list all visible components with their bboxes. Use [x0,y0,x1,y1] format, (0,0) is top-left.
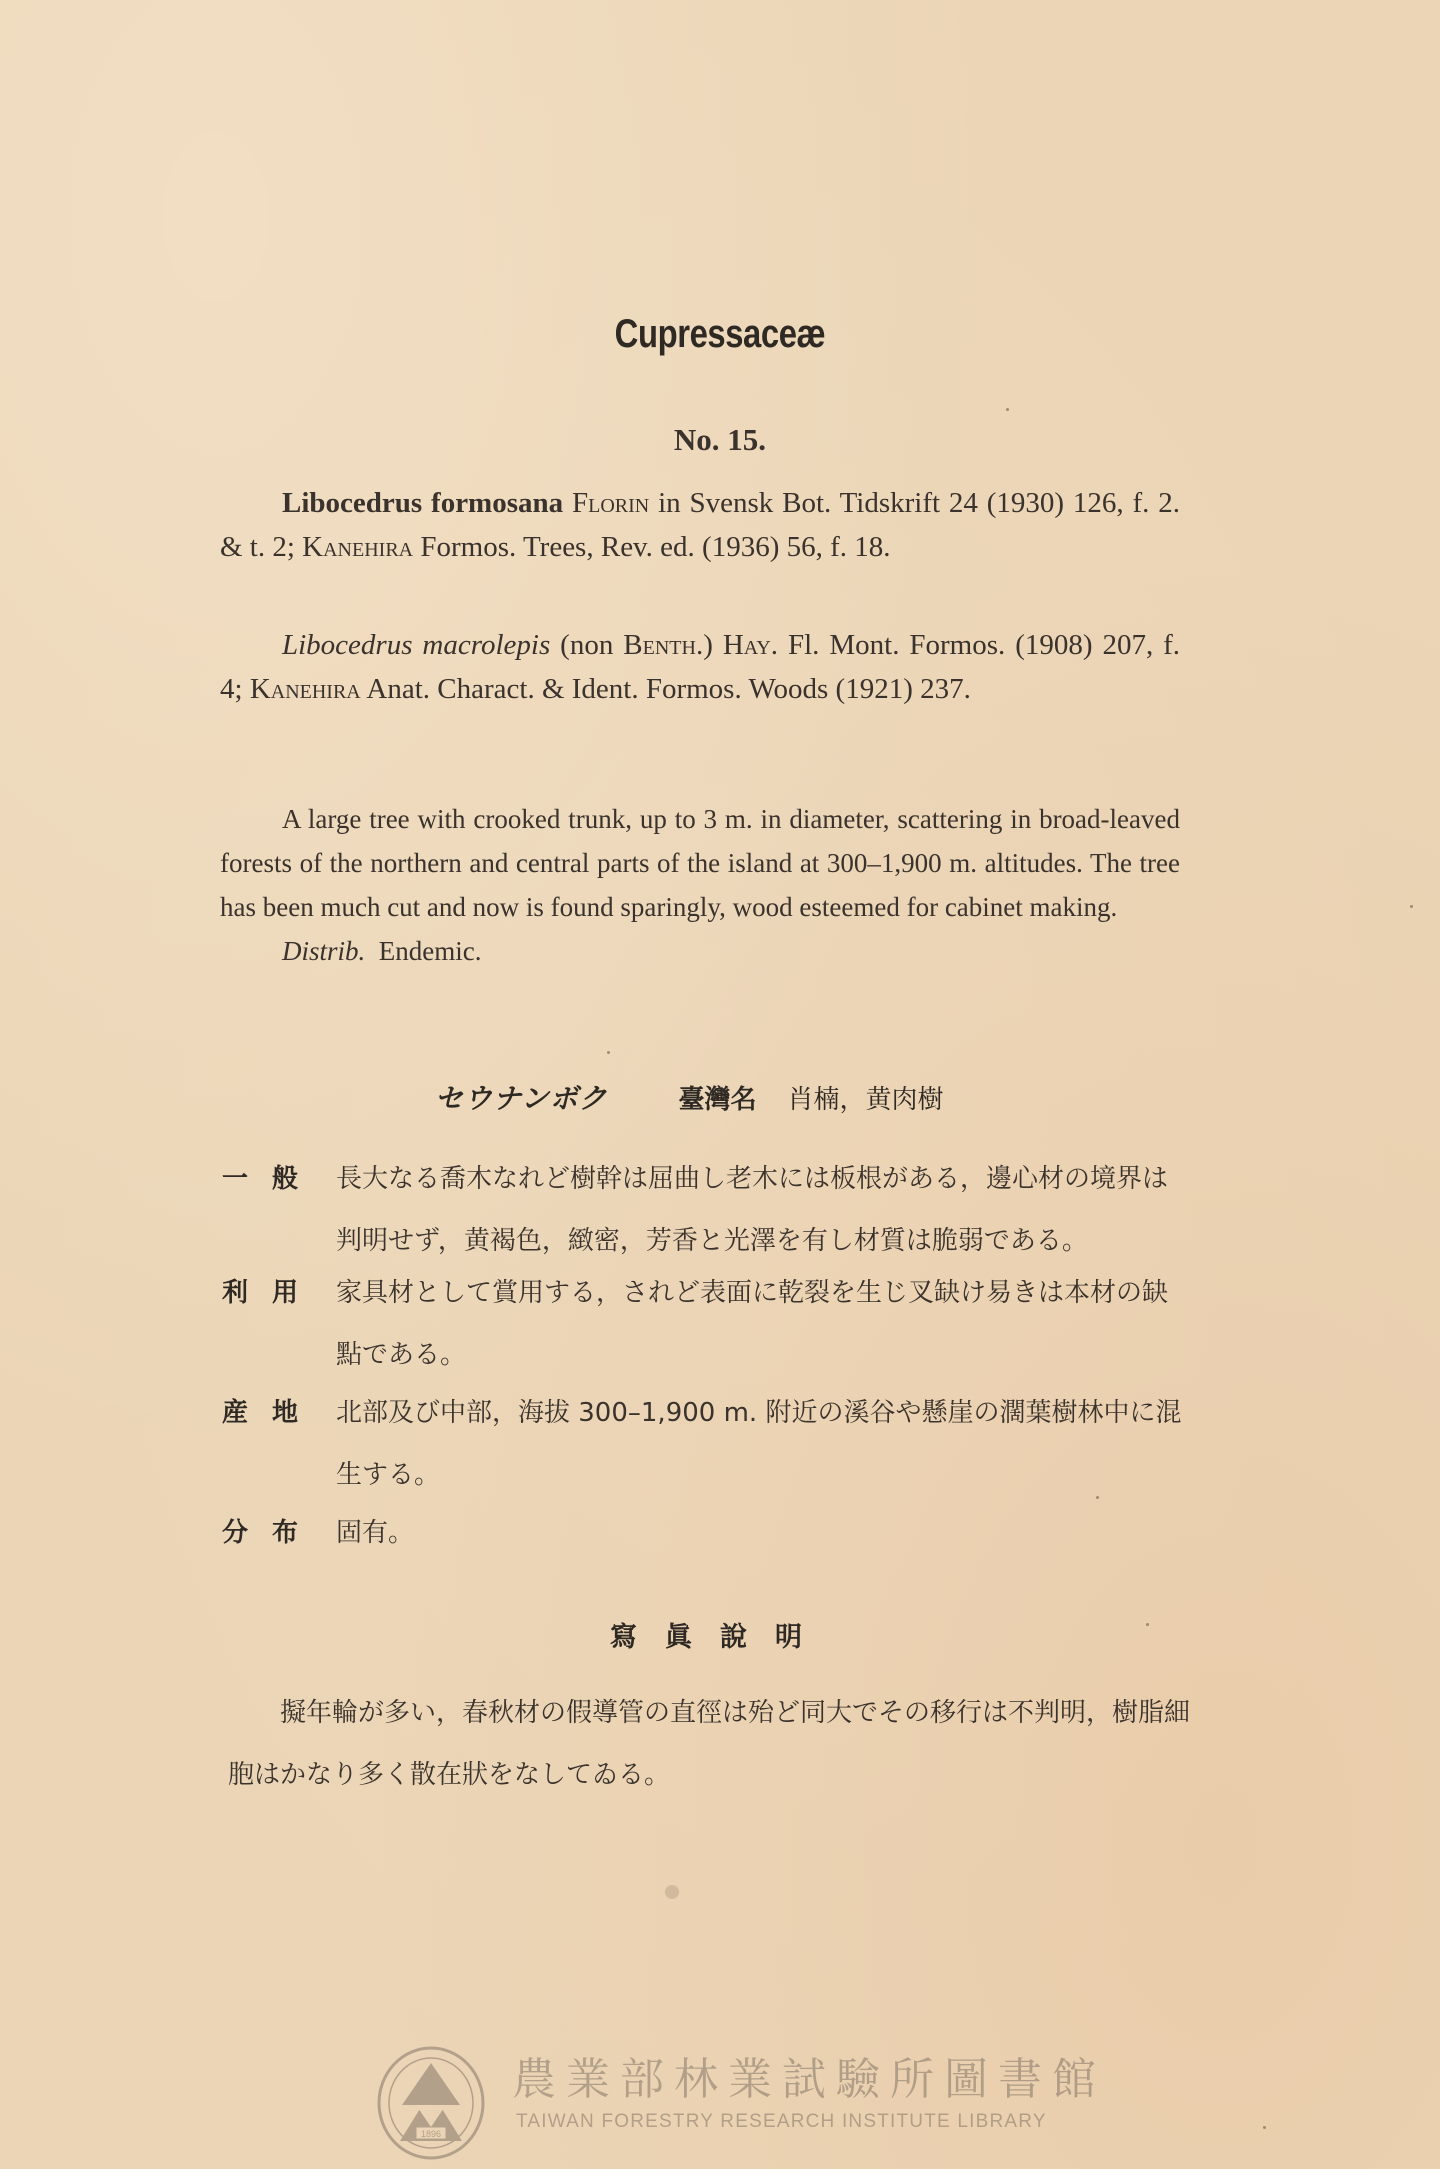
accepted-name: Libocedrus formosana [282,487,563,519]
institute-logo-icon: 1896 [372,2043,490,2163]
citation-text: Anat. Charact. & Ident. Formos. Woods (1… [366,673,970,705]
synonym-citation: Libocedrus macrolepis (non Benth.) Hay. … [220,623,1180,711]
distrib-value: Endemic. [379,936,482,966]
author-kanehira: Kanehira [302,531,413,563]
synonym-name: Libocedrus macrolepis [282,629,550,661]
photo-explanation-text: 擬年輪が多い，春秋材の假導管の直徑は殆ど同大でその移行は不判明，樹脂細胞はかなり… [228,1682,1193,1806]
family-title: Cupressaceæ [130,312,1311,357]
section-locality: 産地 北部及び中部，海拔 300–1,900 m. 附近の溪谷や懸崖の濶葉樹林中… [222,1382,1192,1506]
description-paragraph: A large tree with crooked trunk, up to 3… [220,797,1180,929]
paper-speck [1096,1496,1099,1499]
non-prefix: (non [560,629,613,661]
library-watermark: 1896 農業部林業試驗所圖書館 TAIWAN FORESTRY RESEARC… [372,2043,1092,2163]
watermark-english: TAIWAN FORESTRY RESEARCH INSTITUTE LIBRA… [516,2111,1047,2133]
section-label: 一般 [222,1148,336,1210]
japanese-heading: セウナンボク 臺灣名 肖楠，黄肉樹 [435,1077,943,1117]
japanese-common-name: セウナンボク [435,1082,608,1115]
paper-speck [1410,905,1413,908]
author-kanehira: Kanehira [250,673,361,705]
svg-text:1896: 1896 [421,2129,441,2139]
section-label: 産地 [222,1382,336,1444]
english-description: A large tree with crooked trunk, up to 3… [220,797,1180,973]
species-number: No. 15. [0,422,1440,458]
paper-speck [665,1885,679,1899]
paper-speck [1263,2126,1266,2129]
section-text: 北部及び中部，海拔 300–1,900 m. 附近の溪谷や懸崖の濶葉樹林中に混生… [336,1382,1192,1506]
paper-speck [1146,1623,1149,1626]
section-text: 固有。 [336,1502,1192,1564]
taiwan-names: 肖楠，黄肉樹 [787,1085,943,1115]
author-hayata: Hay. [723,629,778,661]
section-label: 利用 [222,1262,336,1324]
section-distribution: 分布 固有。 [222,1502,1192,1564]
paper-speck [607,1051,610,1054]
paper-speck [1006,408,1009,411]
non-suffix: ) [703,629,713,661]
section-label: 分布 [222,1502,336,1564]
taiwan-name-label: 臺灣名 [679,1085,757,1115]
distrib-label: Distrib. [282,936,365,966]
citation-text: Formos. Trees, Rev. ed. (1936) 56, f. 18… [420,531,890,563]
accepted-name-citation: Libocedrus formosana Florin in Svensk Bo… [220,481,1180,569]
author-florin: Florin [572,487,649,519]
distribution-line: Distrib. Endemic. [220,929,1180,973]
photo-explanation-heading: 寫眞說明 [0,1615,1440,1654]
section-text: 長大なる喬木なれど樹幹は屈曲し老木には板根がある，邊心材の境界は判明せず，黄褐色… [336,1148,1192,1272]
section-text: 家具材として賞用する，されど表面に乾裂を生じ叉缺け易きは本材の缺點である。 [336,1262,1192,1386]
document-page: Cupressaceæ No. 15. Libocedrus formosana… [0,0,1440,2169]
watermark-chinese: 農業部林業試驗所圖書館 [512,2043,1106,2107]
section-general: 一般 長大なる喬木なれど樹幹は屈曲し老木には板根がある，邊心材の境界は判明せず，… [222,1148,1192,1272]
author-bentham: Benth. [623,629,703,661]
section-usage: 利用 家具材として賞用する，されど表面に乾裂を生じ叉缺け易きは本材の缺點である。 [222,1262,1192,1386]
